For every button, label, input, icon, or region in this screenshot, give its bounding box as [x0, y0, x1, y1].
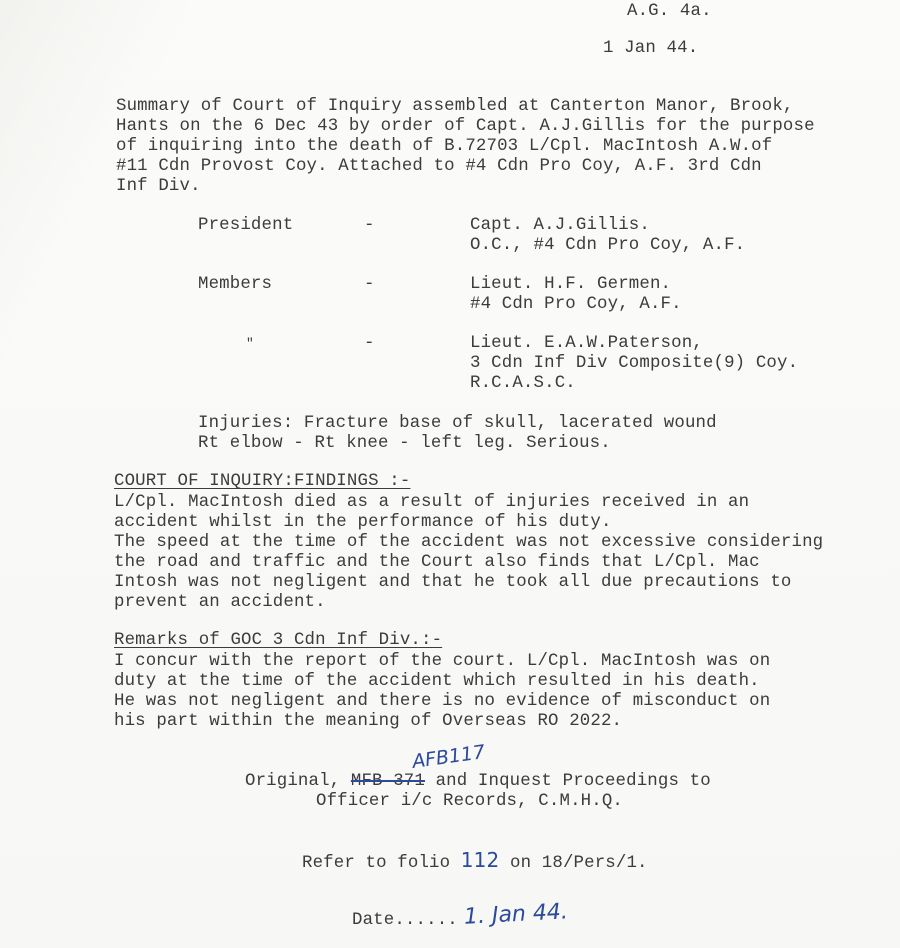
- handwritten-folio: 112: [461, 848, 500, 872]
- summary-line: Hants on the 6 Dec 43 by order of Capt. …: [116, 117, 815, 137]
- ditto-mark: ": [246, 334, 254, 354]
- findings-line: the road and traffic and the Court also …: [114, 553, 760, 573]
- remarks-line: He was not negligent and there is no evi…: [114, 692, 770, 712]
- distribution-line-2: Officer i/c Records, C.M.H.Q.: [316, 792, 623, 812]
- struck-form-number: MFB 371: [351, 772, 425, 791]
- refer-suffix: on 18/Pers/1.: [499, 854, 647, 873]
- refer-prefix: Refer to folio: [302, 854, 461, 873]
- findings-line: prevent an accident.: [114, 593, 326, 613]
- distribution-line-1: Original, MFB 371 and Inquest Proceeding…: [245, 772, 711, 792]
- role-dash: -: [364, 334, 375, 354]
- date-label: Date......: [352, 911, 458, 931]
- findings-line: accident whilst in the performance of hi…: [114, 513, 612, 533]
- member-1-unit: #4 Cdn Pro Coy, A.F.: [470, 295, 682, 315]
- injuries-line: Rt elbow - Rt knee - left leg. Serious.: [198, 434, 611, 454]
- reference-code: A.G. 4a.: [627, 2, 712, 22]
- role-president: President: [198, 216, 293, 236]
- member-2-corps: R.C.A.S.C.: [470, 374, 576, 394]
- refer-line: Refer to folio 112 on 18/Pers/1.: [302, 850, 648, 874]
- remarks-line: duty at the time of the accident which r…: [114, 672, 760, 692]
- findings-line: Intosh was not negligent and that he too…: [114, 573, 792, 593]
- findings-line: The speed at the time of the accident wa…: [114, 533, 823, 553]
- role-members: Members: [198, 275, 272, 295]
- document-page: A.G. 4a. 1 Jan 44. Summary of Court of I…: [0, 0, 900, 948]
- president-unit: O.C., #4 Cdn Pro Coy, A.F.: [470, 236, 745, 256]
- findings-heading: COURT OF INQUIRY:FINDINGS :-: [114, 472, 410, 492]
- remarks-line: I concur with the report of the court. L…: [114, 652, 770, 672]
- document-date: 1 Jan 44.: [603, 39, 698, 59]
- member-1-name: Lieut. H.F. Germen.: [470, 275, 671, 295]
- role-dash: -: [364, 275, 375, 295]
- summary-line: #11 Cdn Provost Coy. Attached to #4 Cdn …: [116, 157, 762, 177]
- handwritten-correction: AFB117: [411, 741, 487, 773]
- president-name: Capt. A.J.Gillis.: [470, 216, 650, 236]
- role-dash: -: [364, 216, 375, 236]
- remarks-heading: Remarks of GOC 3 Cdn Inf Div.:-: [114, 631, 442, 651]
- injuries-line: Injuries: Fracture base of skull, lacera…: [198, 414, 717, 434]
- handwritten-date: 1. Jan 44.: [463, 899, 568, 929]
- findings-line: L/Cpl. MacIntosh died as a result of inj…: [114, 493, 749, 513]
- summary-line: Summary of Court of Inquiry assembled at…: [116, 97, 794, 117]
- remarks-line: his part within the meaning of Overseas …: [114, 712, 622, 732]
- member-2-unit: 3 Cdn Inf Div Composite(9) Coy.: [470, 354, 798, 374]
- summary-line: of inquiring into the death of B.72703 L…: [116, 137, 772, 157]
- member-2-name: Lieut. E.A.W.Paterson,: [470, 334, 703, 354]
- distribution-suffix: and Inquest Proceedings to: [425, 772, 711, 791]
- summary-line: Inf Div.: [116, 177, 201, 197]
- distribution-prefix: Original,: [245, 772, 351, 791]
